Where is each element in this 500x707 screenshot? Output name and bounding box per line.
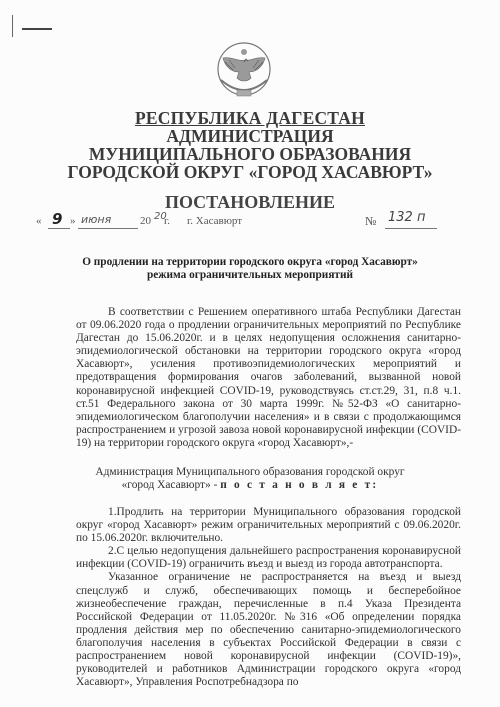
dateline: « 9 » июня 20 20 г. г. Хасавюрт № 132 п [36, 210, 466, 232]
resolution-items: 1.Продлить на территории Муниципального … [76, 506, 461, 689]
subject-line-1: О продлении на территории городского окр… [0, 256, 500, 269]
resolves-keyword: п о с т а н о в л я е т: [220, 479, 378, 491]
coat-of-arms-icon [213, 40, 275, 102]
scanned-page: РЕСПУБЛИКА ДАГЕСТАН АДМИНИСТРАЦИЯ МУНИЦИ… [0, 0, 500, 707]
date-day-underline [48, 228, 70, 229]
document-subject: О продлении на территории городского окр… [0, 256, 500, 282]
subject-line-2: режима ограничительных мероприятий [0, 269, 500, 282]
date-open-quote: « [36, 215, 42, 227]
item-2: 2.С целью недопущения дальнейшего распро… [76, 545, 461, 571]
number-underline [385, 228, 437, 229]
header-district: ГОРОДСКОЙ ОКРУГ «ГОРОД ХАСАВЮРТ» [0, 162, 500, 183]
date-year-abbr: г. [164, 215, 170, 227]
city: г. Хасавюрт [187, 215, 242, 227]
item-2-note: Указанное ограничение не распространяетс… [76, 571, 461, 689]
scan-margin-mark [22, 28, 52, 30]
scan-margin-mark [12, 15, 13, 37]
resolution-statement: Администрация Муниципального образования… [0, 466, 500, 492]
intro-paragraph: В соответствии с Решением оперативного ш… [76, 306, 461, 450]
date-day: 9 [52, 210, 62, 228]
resolution-line-2: «город Хасавюрт» - п о с т а н о в л я е… [0, 479, 500, 492]
intro-section: В соответствии с Решением оперативного ш… [76, 306, 461, 450]
date-close-quote: » [70, 215, 76, 227]
resolution-line-1: Администрация Муниципального образования… [0, 466, 500, 479]
resolution-prefix: «город Хасавюрт» - [122, 479, 221, 491]
document-number: 132 п [388, 210, 425, 225]
date-month-underline [78, 228, 138, 229]
item-1: 1.Продлить на территории Муниципального … [76, 506, 461, 545]
number-label: № [365, 214, 376, 229]
date-month: июня [81, 213, 111, 226]
date-year-prefix: 20 [140, 215, 151, 227]
